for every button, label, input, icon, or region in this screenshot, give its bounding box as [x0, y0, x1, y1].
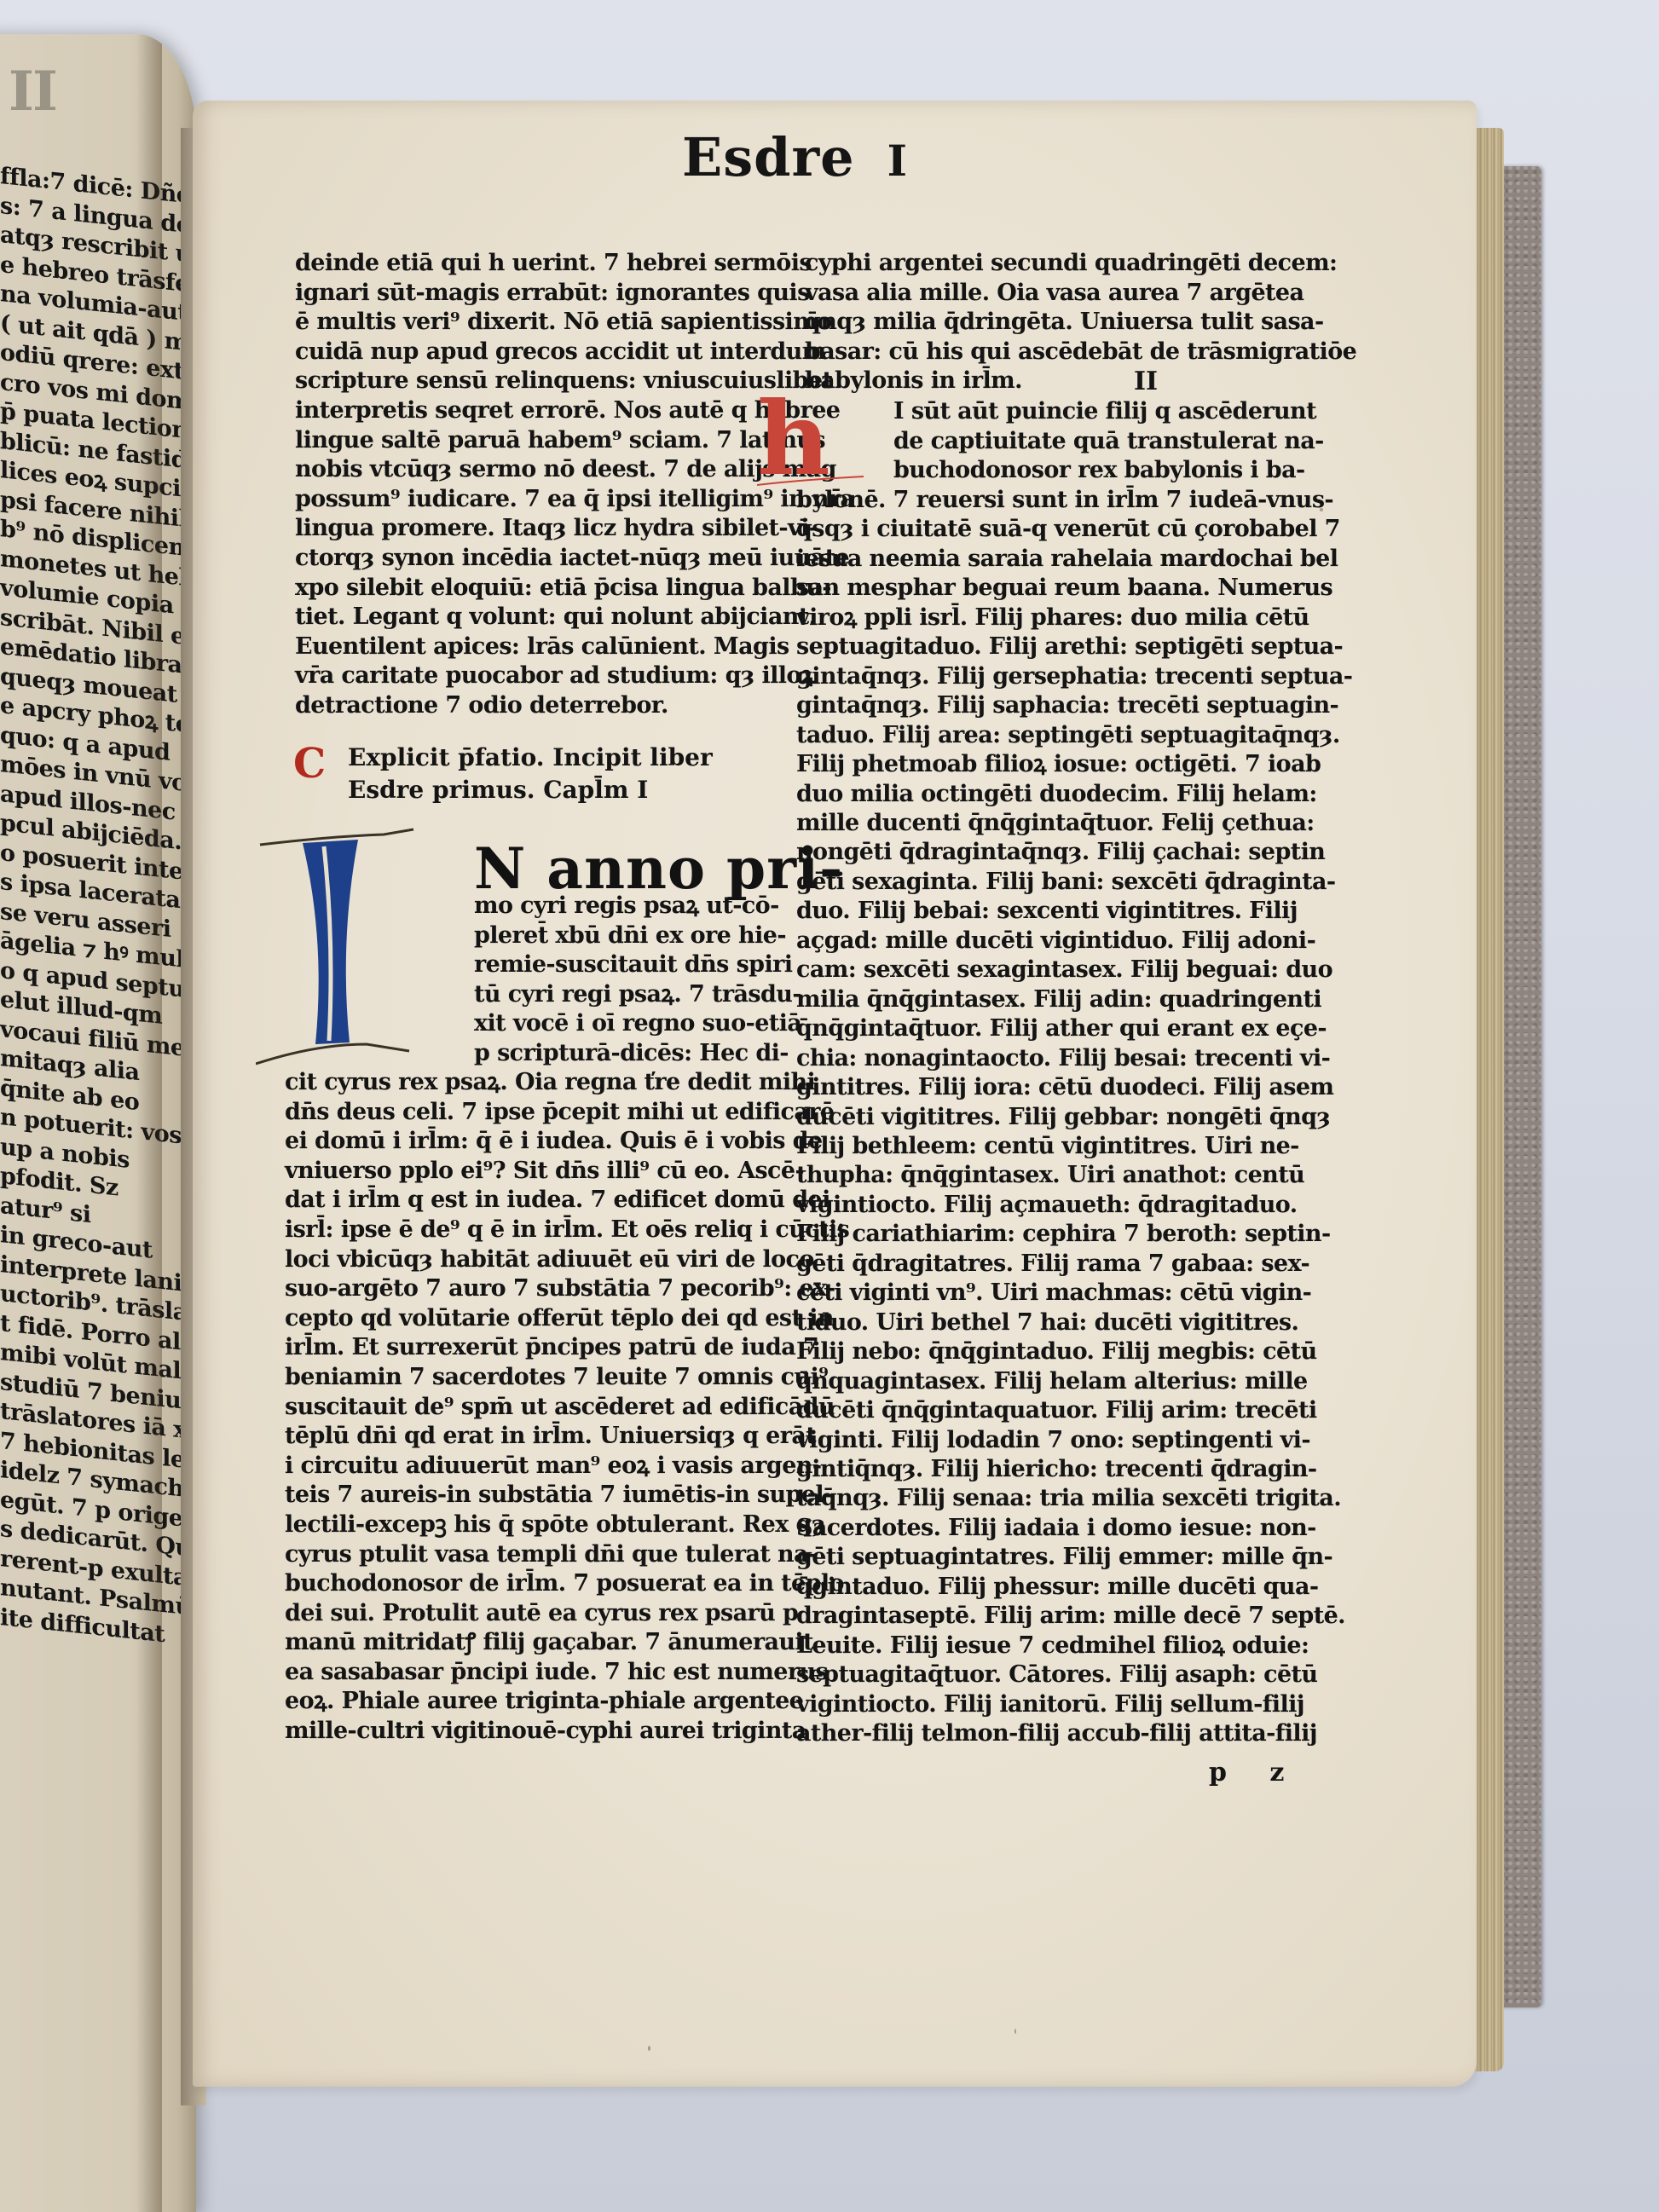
text-line: tiet. Legant q volunt: qui nolunt abijci… [295, 603, 755, 632]
running-head-number: I [887, 136, 907, 186]
text-line: Filij cariathiarim: cephira 7 beroth: se… [796, 1220, 1352, 1249]
text-line: possum⁹ iudicare. 7 ea q̄ ipsi itelligim… [295, 485, 755, 515]
text-line: cepto qd volūtarie offerūt tēplo dei qd … [285, 1304, 849, 1334]
text-line: gintaq̄nqȝ. Filij saphacia: trecēti sept… [796, 691, 1352, 720]
left-column-main-text: cit cyrus rex psaꝝ. Oia regna ťre dedit … [285, 1068, 849, 1747]
text-line: interpretis seqret errorē. Nos autē q he… [295, 396, 755, 426]
text-line: p scripturā-dicēs: Hec di- [474, 1039, 801, 1069]
running-head: Esdre I [682, 126, 907, 188]
text-line: gintiq̄nqȝ. Filij hiericho: trecenti q̄d… [796, 1455, 1352, 1484]
text-line: ather-filij telmon-filij accub-filij att… [796, 1719, 1352, 1748]
text-line: taduo. Filij area: septingēti septuagita… [796, 721, 1352, 750]
text-line: beniamin 7 sacerdotes 7 leuite 7 omnis c… [285, 1363, 849, 1393]
text-line: mille-cultri vigitinouē-cyphi aurei trig… [285, 1717, 849, 1747]
text-line: vniuerso pplo ei⁹? Sit dn̄s illi⁹ cū eo.… [285, 1157, 849, 1187]
text-line: dei sui. Protulit autē ea cyrus rex psar… [285, 1599, 849, 1629]
text-line: deinde etiā qui h uerint. 7 hebrei sermō… [295, 249, 755, 279]
text-line: gintitres. Filij iora: cētū duodeci. Fil… [796, 1073, 1352, 1102]
printer-signature-mark: p z [1209, 1758, 1301, 1788]
chapter-number: II [1134, 367, 1158, 396]
text-line: de captiuitate quā transtulerat na- [893, 427, 1324, 457]
text-line: vigintiocto. Filij ianitorū. Filij sellu… [796, 1690, 1352, 1719]
text-line: Filij bethleem: centū vigintitres. Uiri … [796, 1132, 1352, 1161]
text-line: manū mitridatꝭ filij gaçabar. 7 ānumerau… [285, 1628, 849, 1658]
text-line: ignari sūt-magis errabūt: ignorantes qui… [295, 279, 755, 309]
right-column-main-text: bylonē. 7 reuersi sunt in irl̄m 7 iudeā-… [796, 486, 1352, 1748]
text-line: basar: cū his qui ascēdebāt de trāsmigra… [805, 338, 1282, 367]
text-line: cyrus ptulit vasa templi dn̄i que tulera… [285, 1540, 849, 1570]
text-line: mille ducenti q̄nq̄gintaq̄tuor. Felij çe… [796, 809, 1352, 838]
text-line: xit vocē i oī regno suo-etiā [474, 1009, 801, 1039]
text-line: mo cyri regis psaꝝ ut-cō- [474, 892, 801, 921]
text-line: tiduo. Uiri bethel 7 hai: ducēti vigitit… [796, 1308, 1352, 1337]
text-line: septuagitaq̄tuor. Cātores. Filij asaph: … [796, 1660, 1352, 1689]
text-line: q̄gintaduo. Filij phessur: mille ducēti … [796, 1573, 1352, 1602]
text-line: pleret̄ xbū dn̄i ex ore hie- [474, 921, 801, 951]
text-line: ea sasabasar p̄ncipi iude. 7 hic est num… [285, 1658, 849, 1688]
text-line: gintaq̄nqȝ. Filij gersephatia: trecenti … [796, 662, 1352, 691]
gutter-shadow [136, 34, 162, 2212]
paper-speck [1014, 2029, 1016, 2034]
book-cover-edge [1500, 166, 1541, 2007]
text-line: nobis vtcūqȝ sermo nō deest. 7 de alijs … [295, 455, 755, 485]
text-line: lingua promere. Itaqȝ licz hydra sibilet… [295, 514, 755, 544]
text-line: açgad: mille ducēti vigintiduo. Filij ad… [796, 927, 1352, 956]
right-column-indented-text: I sūt aūt puincie filij q ascēderuntde c… [893, 397, 1324, 486]
text-line: buchodonosor rex babylonis i ba- [893, 456, 1324, 486]
left-column-preface: deinde etiā qui h uerint. 7 hebrei sermō… [295, 249, 755, 721]
text-line: dragintaseptē. Filij arim: mille decē 7 … [796, 1602, 1352, 1631]
text-line: I sūt aūt puincie filij q ascēderunt [893, 397, 1324, 427]
left-column-indented-text: mo cyri regis psaꝝ ut-cō-pleret̄ xbū dn̄… [474, 892, 801, 1069]
text-line: isrl̄: ipse ē de⁹ q ē in irl̄m. Et oēs r… [285, 1216, 849, 1245]
text-line: buchodonosor de irl̄m. 7 posuerat ea in … [285, 1569, 849, 1599]
text-line: scripture sensū relinquens: vniuscuiusli… [295, 367, 755, 396]
right-column-top-text: cyphi argentei secundi quadringēti decem… [805, 249, 1282, 396]
text-line: ei domū i irl̄m: q̄ ē i iudea. Quis ē i … [285, 1127, 849, 1157]
text-line: Explicit p̄fatio. Incipit liber [348, 742, 713, 774]
text-line: cēti viginti vn⁹. Uiri machmas: cētū vig… [796, 1279, 1352, 1308]
text-line: q̄nq̄gintaq̄tuor. Filij ather qui erant … [796, 1014, 1352, 1043]
text-line: detractione 7 odio deterrebor. [295, 691, 755, 721]
text-line: lectili-excepꝫ his q̄ spōte obtulerant. … [285, 1510, 849, 1540]
text-line: lingue saltē paruā habem⁹ sciam. 7 latin… [295, 426, 755, 456]
text-line: gēti sexaginta. Filij bani: sexcēti q̄dr… [796, 868, 1352, 897]
text-line: viginti. Filij lodadin 7 ono: septingent… [796, 1426, 1352, 1455]
text-line: cam: sexcēti sexagintasex. Filij beguai:… [796, 956, 1352, 985]
paper-speck [1279, 1669, 1282, 1672]
paper-speck [648, 2046, 650, 2051]
text-line: gēti q̄dragitatres. Filij rama 7 gabaa: … [796, 1250, 1352, 1279]
text-line: dat i irl̄m q est in iudea. 7 edificet d… [285, 1186, 849, 1216]
text-line: Filij nebo: q̄nq̄gintaduo. Filij megbis:… [796, 1337, 1352, 1366]
text-line: duo milia octingēti duodecim. Filij hela… [796, 780, 1352, 809]
text-line: irl̄m. Et surrexerūt p̄ncipes patrū de i… [285, 1333, 849, 1363]
text-line: duo. Filij bebai: sexcenti vigintitres. … [796, 897, 1352, 926]
illuminated-initial-i-icon [256, 821, 435, 1068]
text-line: Filij phetmoab filioꝝ iosue: octigēti. 7… [796, 750, 1352, 779]
text-line: iesua neemia saraia rahelaia mardochai b… [796, 545, 1352, 574]
text-line: bylonē. 7 reuersi sunt in irl̄m 7 iudeā-… [796, 486, 1352, 515]
text-line: q̄nqȝ milia q̄dringēta. Uniuersa tulit s… [805, 308, 1282, 338]
text-line: babylonis in irl̄m. [805, 367, 1282, 396]
text-line: suo-argēto 7 auro 7 substātia 7 pecorib⁹… [285, 1274, 849, 1304]
text-line: dn̄s deus celi. 7 ipse p̄cepit mihi ut e… [285, 1098, 849, 1128]
text-line: tēplū dn̄i qd erat in irl̄m. Uniuersiqȝ … [285, 1422, 849, 1452]
text-line: remie-suscitauit dn̄s spiri [474, 950, 801, 980]
text-line: ctorqȝ synon incēdia iactet-nūqȝ meū iuu… [295, 544, 755, 574]
text-line: ē multis veri⁹ dixerit. Nō etiā sapienti… [295, 308, 755, 338]
text-line: loci vbicūqȝ habitāt adiuuēt eū viri de … [285, 1245, 849, 1275]
text-line: Esdre primus. Capl̄m I [348, 774, 713, 806]
text-line: q̄sqȝ i ciuitatē suā-q venerūt cū çoroba… [796, 515, 1352, 544]
rubric-paragraph-mark: C [293, 740, 326, 788]
text-line: ducēti q̄nq̄gintaquatuor. Filij arim: tr… [796, 1396, 1352, 1425]
text-line: Sacerdotes. Filij iadaia i domo iesue: n… [796, 1514, 1352, 1543]
text-line: nongēti q̄dragintaq̄nqȝ. Filij çachai: s… [796, 838, 1352, 867]
text-line: vr̄a caritate puocabor ad studium: qȝ il… [295, 661, 755, 691]
text-line: cit cyrus rex psaꝝ. Oia regna ťre dedit … [285, 1068, 849, 1098]
text-line: chia: nonagintaocto. Filij besai: trecen… [796, 1044, 1352, 1073]
explicit-incipit: Explicit p̄fatio. Incipit liberEsdre pri… [348, 742, 713, 806]
text-line: q̄nquagintasex. Filij helam alterius: mi… [796, 1367, 1352, 1396]
running-head-title: Esdre [682, 126, 855, 188]
text-line: thupha: q̄nq̄gintasex. Uiri anathot: cen… [796, 1161, 1352, 1190]
text-line: tū cyri regi psaꝝ. 7 trāsdu- [474, 980, 801, 1010]
text-line: milia q̄nq̄gintasex. Filij adin: quadrin… [796, 985, 1352, 1014]
text-line: Leuite. Filij iesue 7 cedmihel filioꝝ od… [796, 1632, 1352, 1660]
text-line: ducēti vigititres. Filij gebbar: nongēti… [796, 1103, 1352, 1132]
text-line: i circuitu adiuuerūt man⁹ eoꝝ i vasis ar… [285, 1452, 849, 1481]
text-line: cyphi argentei secundi quadringēti decem… [805, 249, 1282, 279]
left-page-text: ffla:7 dicē: Dñe libera aīams: 7 a lingu… [0, 162, 196, 1655]
text-line: septuagitaduo. Filij arethi: septigēti s… [796, 632, 1352, 661]
text-line: vasa alia mille. Oia vasa aurea 7 argēte… [805, 279, 1282, 309]
text-line: Euentilent apices: lrās calūnient. Magis [295, 632, 755, 662]
facing-left-page: II ffla:7 dicē: Dñe libera aīams: 7 a li… [0, 34, 196, 2212]
text-line: vigintiocto. Filij açmaueth: q̄dragitadu… [796, 1191, 1352, 1220]
text-line: suscitauit de⁹ spm̄ ut ascēderet ad edif… [285, 1393, 849, 1423]
text-line: viroꝝ ppli isrl̄. Filij phares: duo mili… [796, 604, 1352, 632]
text-line: eoꝝ. Phiale auree triginta-phiale argent… [285, 1687, 849, 1717]
text-line: cuidā nup apud grecos accidit ut interdu… [295, 338, 755, 367]
text-line: san mesphar beguai reum baana. Numerus [796, 574, 1352, 603]
text-line: xpo silebit eloquiū: etiā p̄cisa lingua … [295, 574, 755, 604]
paper-speck [1320, 508, 1323, 511]
text-line: teis 7 aureis-in substātia 7 iumētis-in … [285, 1481, 849, 1510]
text-line: gēti septuagintatres. Filij emmer: mille… [796, 1543, 1352, 1572]
text-line: taq̄nqȝ. Filij senaa: tria milia sexcēti… [796, 1484, 1352, 1513]
left-running-head: II [9, 60, 56, 124]
